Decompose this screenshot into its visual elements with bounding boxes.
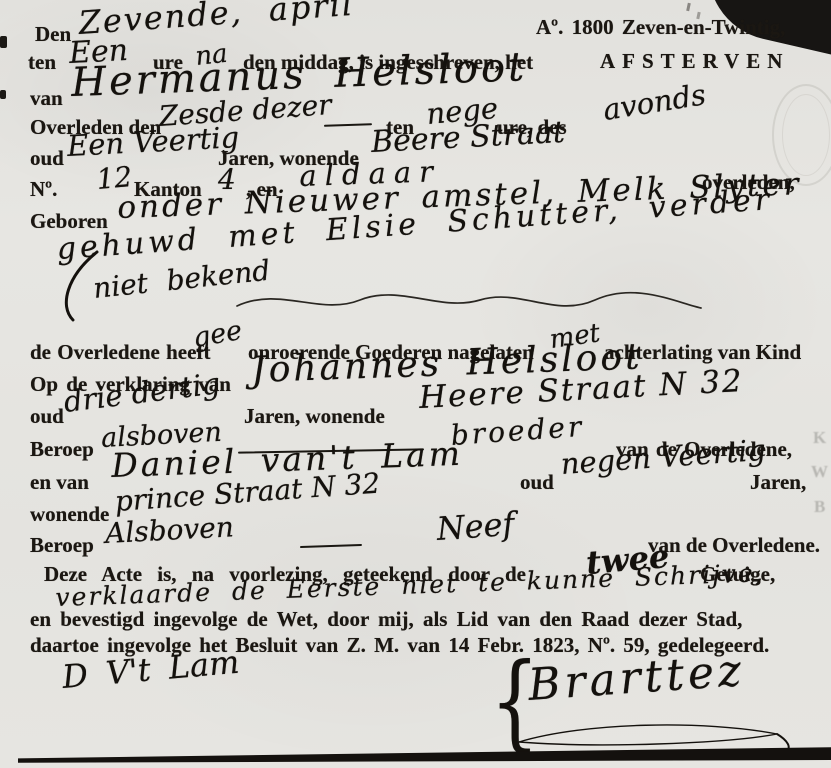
page-bleed-letter: B xyxy=(814,497,825,517)
label-heeft: de Overledene heeft xyxy=(30,340,210,365)
label-beroep2: Beroep xyxy=(30,533,94,558)
label-ten: ten xyxy=(28,50,56,75)
page-bleed-letter: K xyxy=(813,428,826,448)
wavy-flourish xyxy=(235,284,705,320)
handwritten-witness2-profession: Alsboven xyxy=(104,510,234,550)
handwritten-daypart: avonds xyxy=(601,77,708,127)
label-jaren2: Jaren, xyxy=(750,470,806,495)
label-vande2: van de Overledene. xyxy=(648,533,820,558)
blank-dash xyxy=(324,123,372,127)
label-beroep1: Beroep xyxy=(30,437,94,462)
handwritten-relation2: Neef xyxy=(435,505,515,548)
label-en-van: en van xyxy=(30,470,89,495)
label-den: Den xyxy=(35,22,71,47)
edge-speck xyxy=(686,3,691,11)
label-year: Aº. 1800 Zeven-en-Twintig, xyxy=(536,15,785,40)
label-oud3: oud xyxy=(520,470,554,495)
label-wonende2: wonende xyxy=(30,502,109,527)
signature-flourish xyxy=(515,726,795,752)
handwritten-witness2-age: negen Veertig xyxy=(560,433,767,481)
blank-dash xyxy=(300,544,362,548)
label-afsterven: AFSTERVEN xyxy=(600,49,789,74)
handwritten-geen: gee xyxy=(191,315,245,354)
edge-speck xyxy=(0,90,6,99)
label-no: Nº. xyxy=(30,177,57,202)
label-bevestigd: en bevestigd ingevolge de Wet, door mij,… xyxy=(30,607,742,632)
label-van: van xyxy=(30,86,63,111)
document-page: K W B Den Zevende, april Aº. 1800 Zeven-… xyxy=(0,0,831,768)
label-jaren-wonende2: Jaren, wonende xyxy=(244,404,385,429)
edge-speck xyxy=(0,36,7,48)
embossed-seal-inner xyxy=(782,94,830,176)
page-bleed-letter: W xyxy=(811,462,828,482)
label-oud: oud xyxy=(30,146,64,171)
label-oud2: oud xyxy=(30,404,64,429)
